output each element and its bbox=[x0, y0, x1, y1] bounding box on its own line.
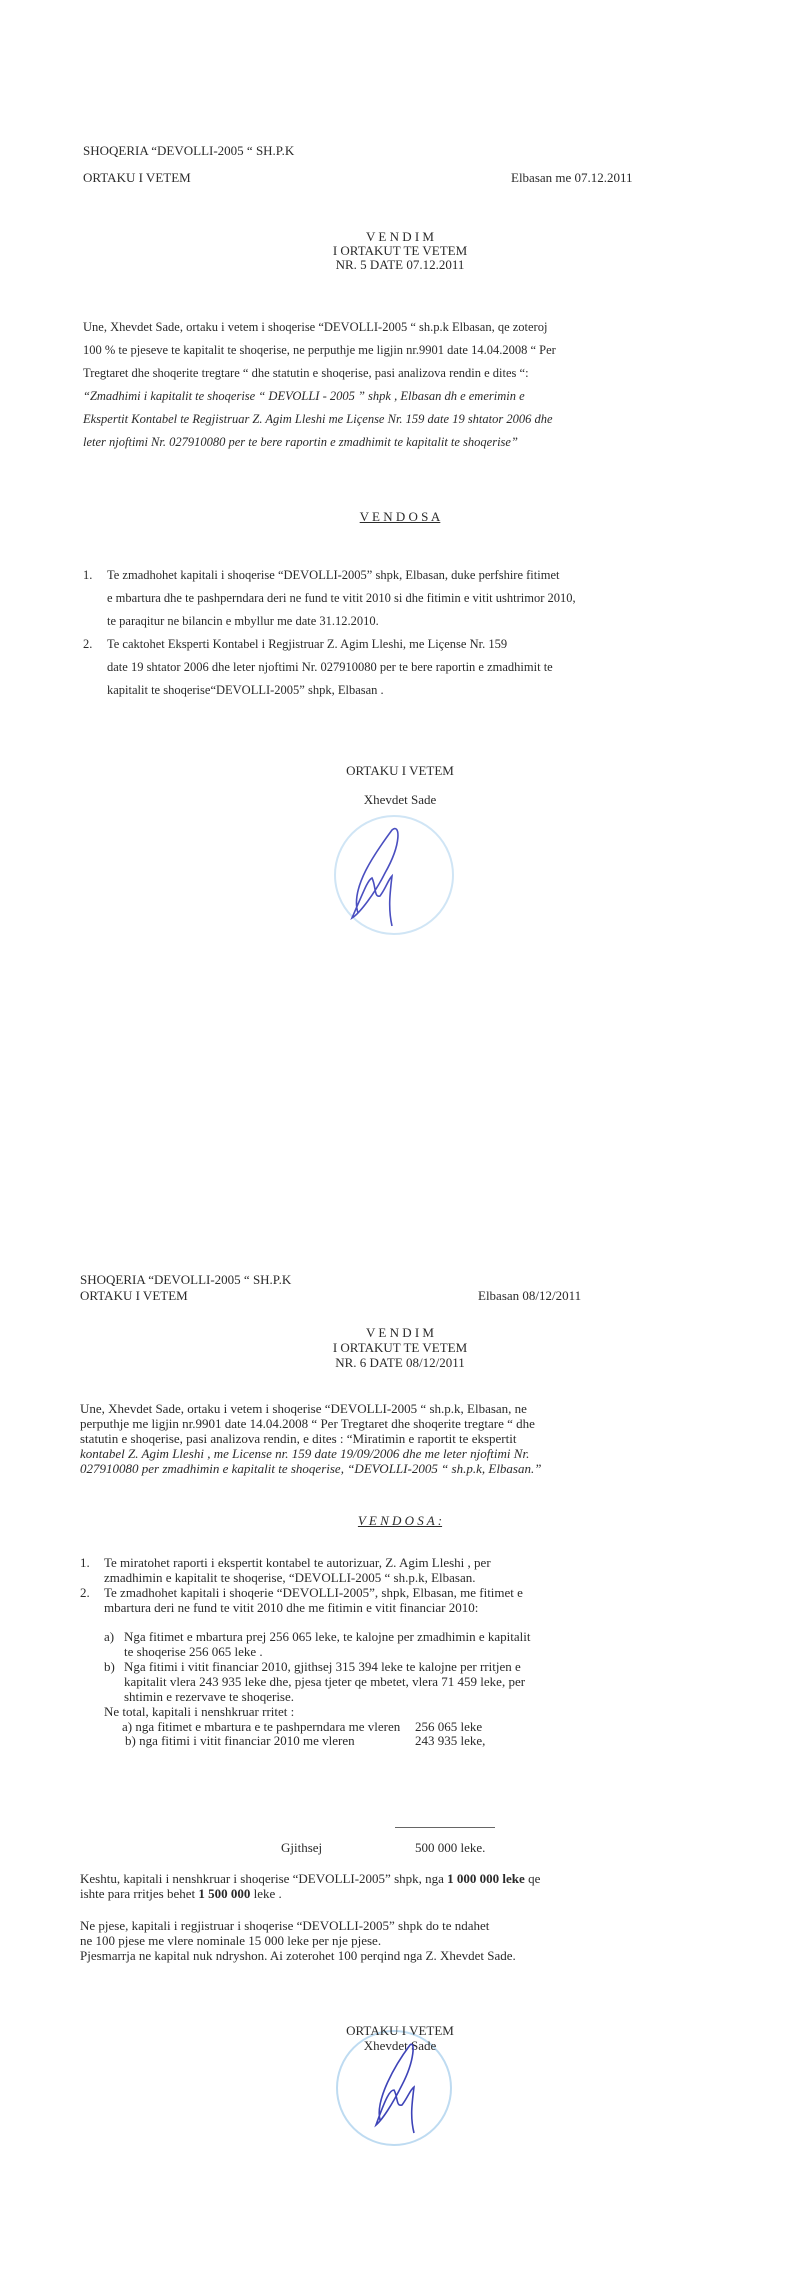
handwritten-signature-icon bbox=[360, 2035, 440, 2135]
intro-line: “Zmadhimi i kapitalit te shoqerise “ DEV… bbox=[83, 385, 556, 408]
decision-heading: V E N D O S A : bbox=[200, 1513, 600, 1528]
intro-paragraph: Une, Xhevdet Sade, ortaku i vetem i shoq… bbox=[83, 316, 556, 454]
total-value: 500 000 leke. bbox=[415, 1840, 485, 1855]
list-item: 1.Te zmadhohet kapitali i shoqerise “DEV… bbox=[83, 564, 576, 587]
intro-line: statutin e shoqerise, pasi analizova ren… bbox=[80, 1431, 541, 1446]
total-intro: Ne total, kapitali i nenshkruar rritet : bbox=[104, 1704, 294, 1719]
decision-subtitle: I ORTAKUT TE VETEM bbox=[200, 243, 600, 258]
shareholder-role: ORTAKU I VETEM bbox=[83, 170, 191, 185]
decision-heading: V E N D O S A bbox=[200, 509, 600, 524]
handwritten-signature-icon bbox=[330, 818, 430, 928]
conclusion-paragraph: Keshtu, kapitali i nenshkruar i shoqeris… bbox=[80, 1871, 540, 1901]
intro-line: leter njoftimi Nr. 027910080 per te bere… bbox=[83, 431, 556, 454]
intro-line: Ekspertit Kontabel te Regjistruar Z. Agi… bbox=[83, 408, 556, 431]
signature-name: Xhevdet Sade bbox=[250, 792, 550, 807]
sub-item-a: a)Nga fitimet e mbartura prej 256 065 le… bbox=[104, 1629, 530, 1644]
breakdown-b-label: b) nga fitimi i vitit financiar 2010 me … bbox=[125, 1733, 355, 1748]
list-item: 1.Te miratohet raporti i ekspertit konta… bbox=[80, 1555, 523, 1570]
signature-role: ORTAKU I VETEM bbox=[250, 763, 550, 778]
breakdown-a-value: 256 065 leke bbox=[415, 1719, 482, 1734]
shares-paragraph: Ne pjese, kapitali i regjistruar i shoqe… bbox=[80, 1918, 516, 1963]
list-item: 2.Te zmadhohet kapitali i shoqerie “DEVO… bbox=[80, 1585, 523, 1600]
decision-title: V E N D I M bbox=[200, 1325, 600, 1340]
decision-list: 1.Te miratohet raporti i ekspertit konta… bbox=[80, 1555, 523, 1615]
breakdown-a-label: a) nga fitimet e mbartura e te pashpernd… bbox=[122, 1719, 400, 1734]
decision-title: V E N D I M bbox=[200, 229, 600, 244]
list-item: 2.Te caktohet Eksperti Kontabel i Regjis… bbox=[83, 633, 576, 656]
decision-number: NR. 6 DATE 08/12/2011 bbox=[200, 1355, 600, 1370]
intro-paragraph: Une, Xhevdet Sade, ortaku i vetem i shoq… bbox=[80, 1401, 541, 1476]
intro-line: 027910080 per zmadhimin e kapitalit te s… bbox=[80, 1461, 541, 1476]
new-capital: 1 500 000 bbox=[198, 1886, 250, 1901]
decision-list: 1.Te zmadhohet kapitali i shoqerise “DEV… bbox=[83, 564, 576, 702]
intro-line: Une, Xhevdet Sade, ortaku i vetem i shoq… bbox=[83, 316, 556, 339]
intro-line: Une, Xhevdet Sade, ortaku i vetem i shoq… bbox=[80, 1401, 541, 1416]
sum-divider bbox=[395, 1827, 495, 1828]
place-date: Elbasan me 07.12.2011 bbox=[511, 170, 633, 185]
place-date: Elbasan 08/12/2011 bbox=[478, 1288, 581, 1303]
sub-list: a)Nga fitimet e mbartura prej 256 065 le… bbox=[104, 1629, 530, 1704]
intro-line: 100 % te pjeseve te kapitalit te shoqeri… bbox=[83, 339, 556, 362]
intro-line: kontabel Z. Agim Lleshi , me License nr.… bbox=[80, 1446, 541, 1461]
company-name: SHOQERIA “DEVOLLI-2005 “ SH.P.K bbox=[80, 1272, 291, 1287]
decision-subtitle: I ORTAKUT TE VETEM bbox=[200, 1340, 600, 1355]
sub-item-b: b)Nga fitimi i vitit financiar 2010, gji… bbox=[104, 1659, 530, 1674]
intro-line: Tregtaret dhe shoqerite tregtare “ dhe s… bbox=[83, 362, 556, 385]
breakdown-b-value: 243 935 leke, bbox=[415, 1733, 485, 1748]
intro-line: perputhje me ligjin nr.9901 date 14.04.2… bbox=[80, 1416, 541, 1431]
decision-number: NR. 5 DATE 07.12.2011 bbox=[200, 257, 600, 272]
previous-capital: 1 000 000 leke bbox=[447, 1871, 525, 1886]
company-name: SHOQERIA “DEVOLLI-2005 “ SH.P.K bbox=[83, 143, 294, 158]
total-label: Gjithsej bbox=[281, 1840, 322, 1855]
shareholder-role: ORTAKU I VETEM bbox=[80, 1288, 188, 1303]
